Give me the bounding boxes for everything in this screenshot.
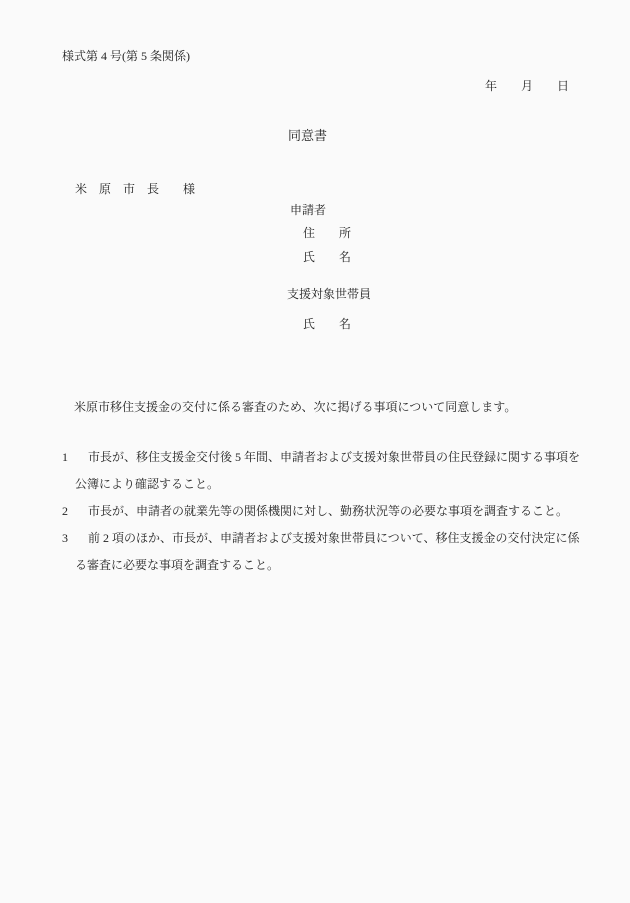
item-line: 2市長が、申請者の就業先等の関係機関に対し、勤務状況等の必要な事項を調査すること…: [75, 498, 577, 525]
applicant-address-label: 住 所: [303, 225, 351, 241]
consent-items: 1市長が、移住支援金交付後 5 年間、申請者および支援対象世帯員の住民登録に関す…: [62, 444, 577, 579]
applicant-label: 申請者: [290, 202, 326, 218]
household-name-label: 氏 名: [303, 316, 351, 332]
household-member-label: 支援対象世帯員: [287, 286, 371, 302]
item-line: 3前 2 項のほか、市長が、申請者および支援対象世帯員について、移住支援金の交付…: [75, 525, 577, 552]
item-line: る審査に必要な事項を調査すること。: [75, 552, 577, 579]
list-item: 2市長が、申請者の就業先等の関係機関に対し、勤務状況等の必要な事項を調査すること…: [75, 498, 577, 525]
date-line: 年 月 日: [485, 78, 569, 94]
list-item: 3前 2 項のほか、市長が、申請者および支援対象世帯員について、移住支援金の交付…: [75, 525, 577, 579]
list-item: 1市長が、移住支援金交付後 5 年間、申請者および支援対象世帯員の住民登録に関す…: [75, 444, 577, 498]
page-title: 同意書: [288, 128, 327, 144]
addressee: 米 原 市 長 様: [75, 181, 195, 197]
item-text: 前 2 項のほか、市長が、申請者および支援対象世帯員について、移住支援金の交付決…: [88, 531, 580, 545]
item-number: 2: [62, 498, 88, 525]
applicant-name-label: 氏 名: [303, 249, 351, 265]
form-number: 様式第 4 号(第 5 条関係): [62, 48, 190, 64]
item-text: 市長が、移住支援金交付後 5 年間、申請者および支援対象世帯員の住民登録に関する…: [88, 450, 580, 464]
item-line: 1市長が、移住支援金交付後 5 年間、申請者および支援対象世帯員の住民登録に関す…: [75, 444, 577, 471]
document-page: 様式第 4 号(第 5 条関係) 年 月 日 同意書 米 原 市 長 様 申請者…: [0, 0, 630, 903]
item-number: 3: [62, 525, 88, 552]
item-number: 1: [62, 444, 88, 471]
item-line: 公簿により確認すること。: [75, 471, 577, 498]
item-text: 市長が、申請者の就業先等の関係機関に対し、勤務状況等の必要な事項を調査すること。: [88, 504, 568, 518]
intro-paragraph: 米原市移住支援金の交付に係る審査のため、次に掲げる事項について同意します。: [62, 399, 516, 415]
